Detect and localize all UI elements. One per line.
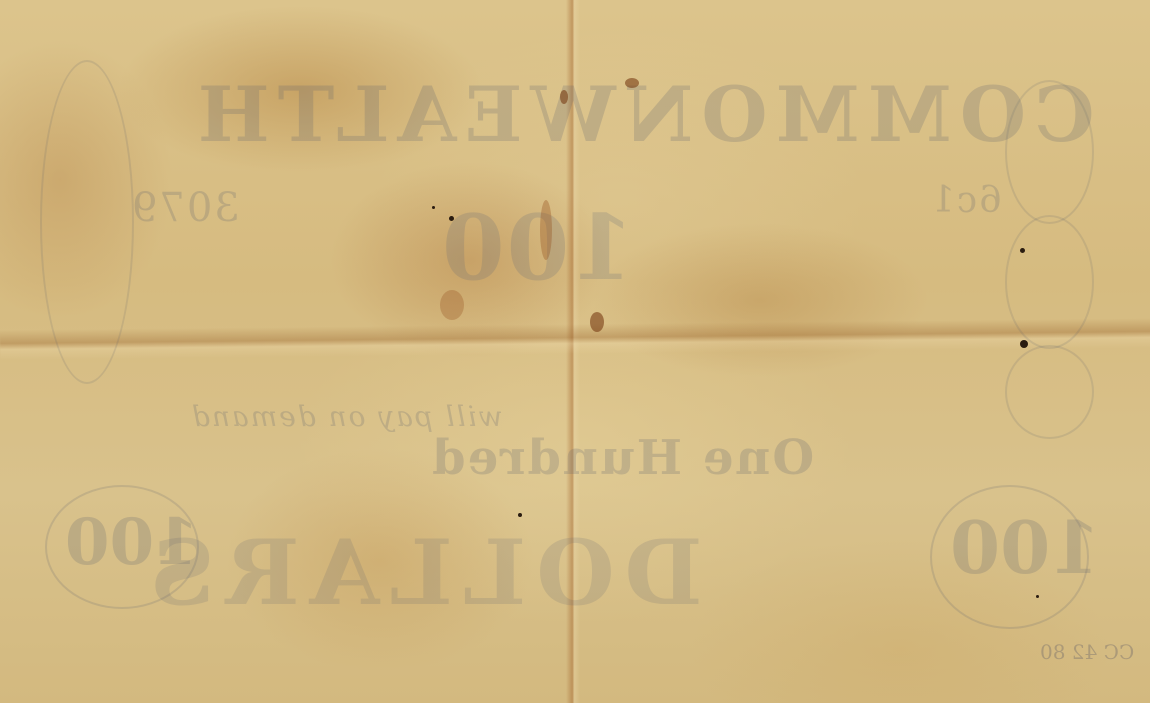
stain-streak [540, 200, 552, 260]
tear-mark [1020, 340, 1028, 348]
stain-spot [590, 312, 604, 332]
mirrored-serial-left: 3079 [130, 185, 240, 231]
left-medallion-numeral: 100 [65, 505, 199, 580]
horizontal-fold-line [0, 318, 1150, 360]
right-medallion-numeral: 100 [950, 505, 1100, 590]
stain-spot [560, 90, 568, 104]
mirrored-bottom-text: DOLLARS [140, 520, 703, 626]
right-border-oval-bottom [1005, 345, 1094, 439]
tear-mark [1020, 248, 1025, 253]
pinhole [1036, 595, 1039, 598]
stain-spot [625, 78, 639, 88]
mirrored-title-text: COMMONWEALTH [190, 70, 1094, 159]
mirrored-center-numeral: 100 [440, 195, 634, 301]
pinhole [449, 216, 454, 221]
left-border-oval [40, 60, 134, 384]
mirrored-amount-text: One Hundred [430, 430, 814, 486]
banknote-reverse: COMMONWEALTH 3079 6c1 100 will pay on de… [0, 0, 1150, 703]
pinhole [432, 206, 435, 209]
right-border-oval-mid [1005, 215, 1094, 349]
mirrored-promise-line: will pay on demand [190, 400, 503, 433]
bottom-right-numbers: CC 42 80 [1040, 640, 1134, 664]
pinhole [518, 513, 522, 517]
mirrored-serial-right: 6c1 [930, 180, 1002, 221]
stain-blot [440, 290, 464, 320]
